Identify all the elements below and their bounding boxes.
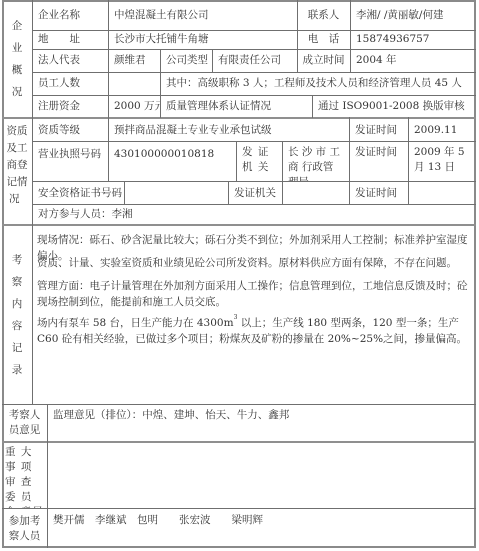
inspection-paragraph: 管理方面：电子计量管理在外加剂方面采用人工操作；信息管理到位，工地信息反馈及时；… (37, 278, 473, 310)
inspection-paragraph: 场内有泵车 58 台，日生产能力在 4300m3 以上；生产线 180 型两条，… (37, 315, 473, 347)
license-issue-date-label: 发证时间 (349, 142, 408, 181)
company-type-value: 有限责任公司 (212, 49, 297, 72)
license-issue-date-value: 2009 年 5 月 13 日 (408, 142, 476, 181)
license-value: 430100000010818 (108, 142, 236, 181)
label-char: 容 (12, 315, 23, 337)
level-issue-date-label: 发证时间 (349, 119, 408, 141)
safety-cert-value (124, 182, 228, 204)
phone-value: 15874936757 (350, 30, 476, 49)
legal-rep-label: 法人代表 (32, 49, 108, 72)
label-char: 企 (12, 15, 23, 37)
address-value: 长沙市大托铺牛角塘 (108, 30, 297, 49)
staff-detail: 其中：高级职称 3 人；工程师及技术人员和经济管理人员 45 人 (160, 72, 476, 95)
legal-rep-value: 颜维君 (108, 49, 160, 72)
inspection-section-label: 考 察 内 容 记 录 (2, 226, 32, 404)
label-char: 概 (12, 59, 23, 81)
enterprise-section-label: 企 业 概 况 (2, 0, 32, 117)
phone-label: 电 话 (297, 30, 350, 49)
label-char: 商登 (7, 157, 28, 174)
capital-value: 2000 万元 (108, 95, 160, 117)
text: 场内有泵车 58 台，日生产能力在 4300m (37, 317, 234, 329)
participants-value: 樊开儒 李继斌 包明 张宏波 梁明辉 (47, 509, 476, 531)
qualification-section-label: 资质 及工 商登 记情 况 (2, 119, 32, 224)
address-label: 地 址 (32, 30, 108, 49)
capital-label: 注册资金 (32, 95, 108, 117)
license-authority-value: 长 沙 市 工 商 行政管理局 (282, 142, 349, 181)
label-char: 况 (12, 81, 23, 103)
company-name-value: 中煌混凝土有限公司 (108, 0, 297, 30)
inspection-paragraph: 资质、计量、实验室资质和业绩见砼公司所发资料。原材料供应方面有保障，不存在问题。 (37, 255, 473, 271)
label-char: 录 (12, 359, 23, 381)
safety-authority-label: 发证机关 (228, 182, 282, 204)
level-issue-date-value: 2009.11 (408, 119, 476, 141)
participants-label: 参加考察人员 (2, 509, 47, 548)
qualification-level-value: 预拌商品混凝土专业专业承包试级 (108, 119, 349, 141)
company-type-label: 公司类型 (160, 49, 212, 72)
inspector-opinion-value: 监理意见（排位）：中煌、建坤、怡天、牛力、鑫邦 (47, 405, 476, 425)
company-name-label: 企业名称 (32, 0, 108, 30)
safety-issue-date-label: 发证时间 (349, 182, 408, 204)
quality-cert-value: 通过 ISO9001-2008 换版审核 (312, 95, 476, 117)
label-char: 资质 (7, 123, 28, 140)
qualification-level-label: 资质等级 (32, 119, 108, 141)
label-char: 记 (12, 337, 23, 359)
label-char: 业 (12, 37, 23, 59)
label-char: 况 (2, 191, 20, 208)
staff-label: 员工人数 (32, 72, 108, 95)
contact-label: 联系人 (297, 0, 350, 30)
divider (2, 224, 476, 226)
safety-authority-value (282, 182, 349, 204)
committee-opinion-label: 重 大 事 项 审 查 委 员 会 意见 (2, 443, 47, 508)
contact-value: 李湘/ /黄丽敏/何建 (350, 0, 476, 30)
founded-label: 成立时间 (297, 49, 350, 72)
label-char: 记情 (7, 174, 28, 191)
inspector-opinion-label: 考察人员意见 (2, 405, 47, 441)
founded-value: 2004 年 (350, 49, 476, 72)
label-char: 及工 (7, 140, 28, 157)
safety-cert-label: 安全资格证书号码 (32, 182, 124, 204)
license-authority-label: 发 证 机 关 (236, 142, 282, 181)
counterpart-participants: 对方参与人员：李湘 (32, 205, 476, 224)
label-char: 察 (12, 271, 23, 293)
quality-cert-label: 质量管理体系认证情况 (160, 95, 312, 117)
label-char: 考 (12, 249, 23, 271)
staff-value (108, 72, 160, 95)
safety-issue-date-value (408, 182, 476, 204)
license-label: 营业执照号码 (32, 142, 108, 181)
label-char: 内 (12, 293, 23, 315)
committee-opinion-value (47, 443, 476, 508)
